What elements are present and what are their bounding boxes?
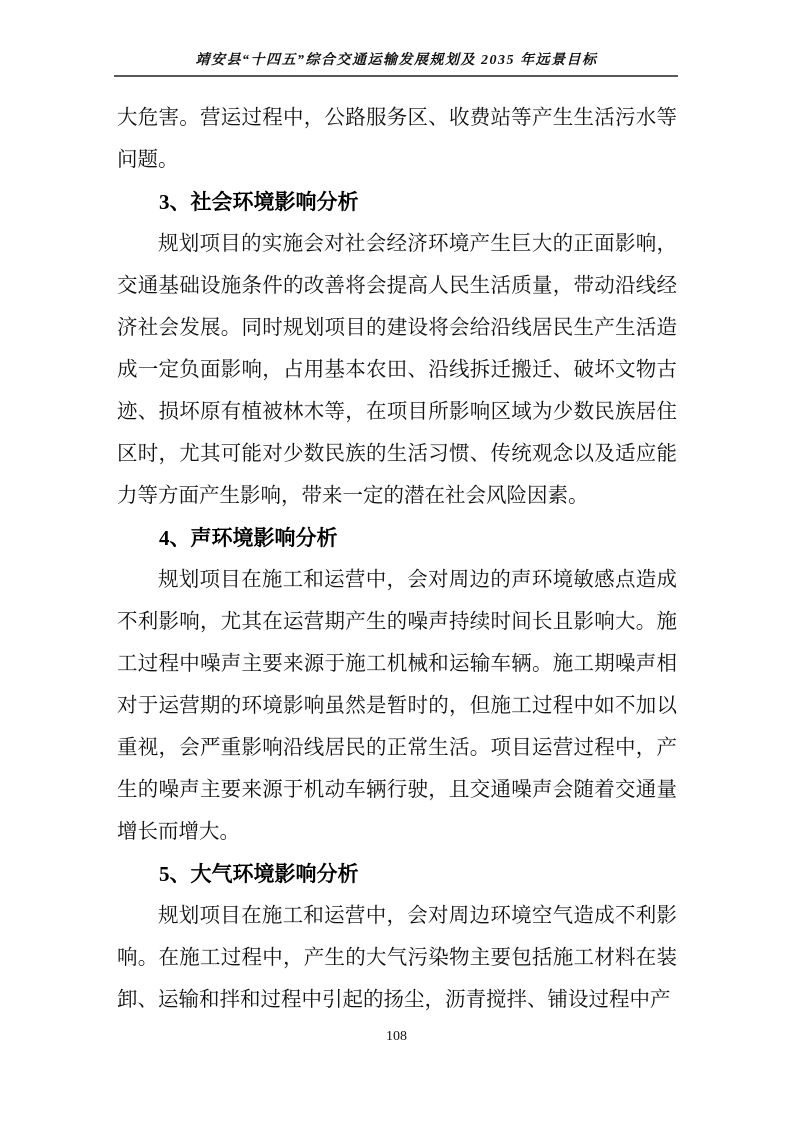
page-footer: 108	[0, 1029, 793, 1045]
body-paragraph: 规划项目的实施会对社会经济环境产生巨大的正面影响，交通基础设施条件的改善将会提高…	[117, 223, 677, 517]
body-paragraph: 规划项目在施工和运营中，会对周边的声环境敏感点造成不利影响，尤其在运营期产生的噪…	[117, 559, 677, 853]
section-heading: 4、声环境影响分析	[117, 517, 677, 559]
body-paragraph: 大危害。营运过程中，公路服务区、收费站等产生生活污水等问题。	[117, 97, 677, 181]
header-title: 靖安县“十四五”综合交通运输发展规划及 2035 年远景目标	[0, 49, 793, 69]
document-page: 靖安县“十四五”综合交通运输发展规划及 2035 年远景目标 大危害。营运过程中…	[0, 0, 793, 1122]
header-rule	[114, 75, 678, 77]
page-number: 108	[386, 1029, 407, 1044]
section-heading: 5、大气环境影响分析	[117, 853, 677, 895]
section-heading: 3、社会环境影响分析	[117, 181, 677, 223]
body-paragraph: 规划项目在施工和运营中，会对周边环境空气造成不利影响。在施工过程中，产生的大气污…	[117, 895, 677, 1021]
document-body: 大危害。营运过程中，公路服务区、收费站等产生生活污水等问题。3、社会环境影响分析…	[117, 97, 677, 1021]
